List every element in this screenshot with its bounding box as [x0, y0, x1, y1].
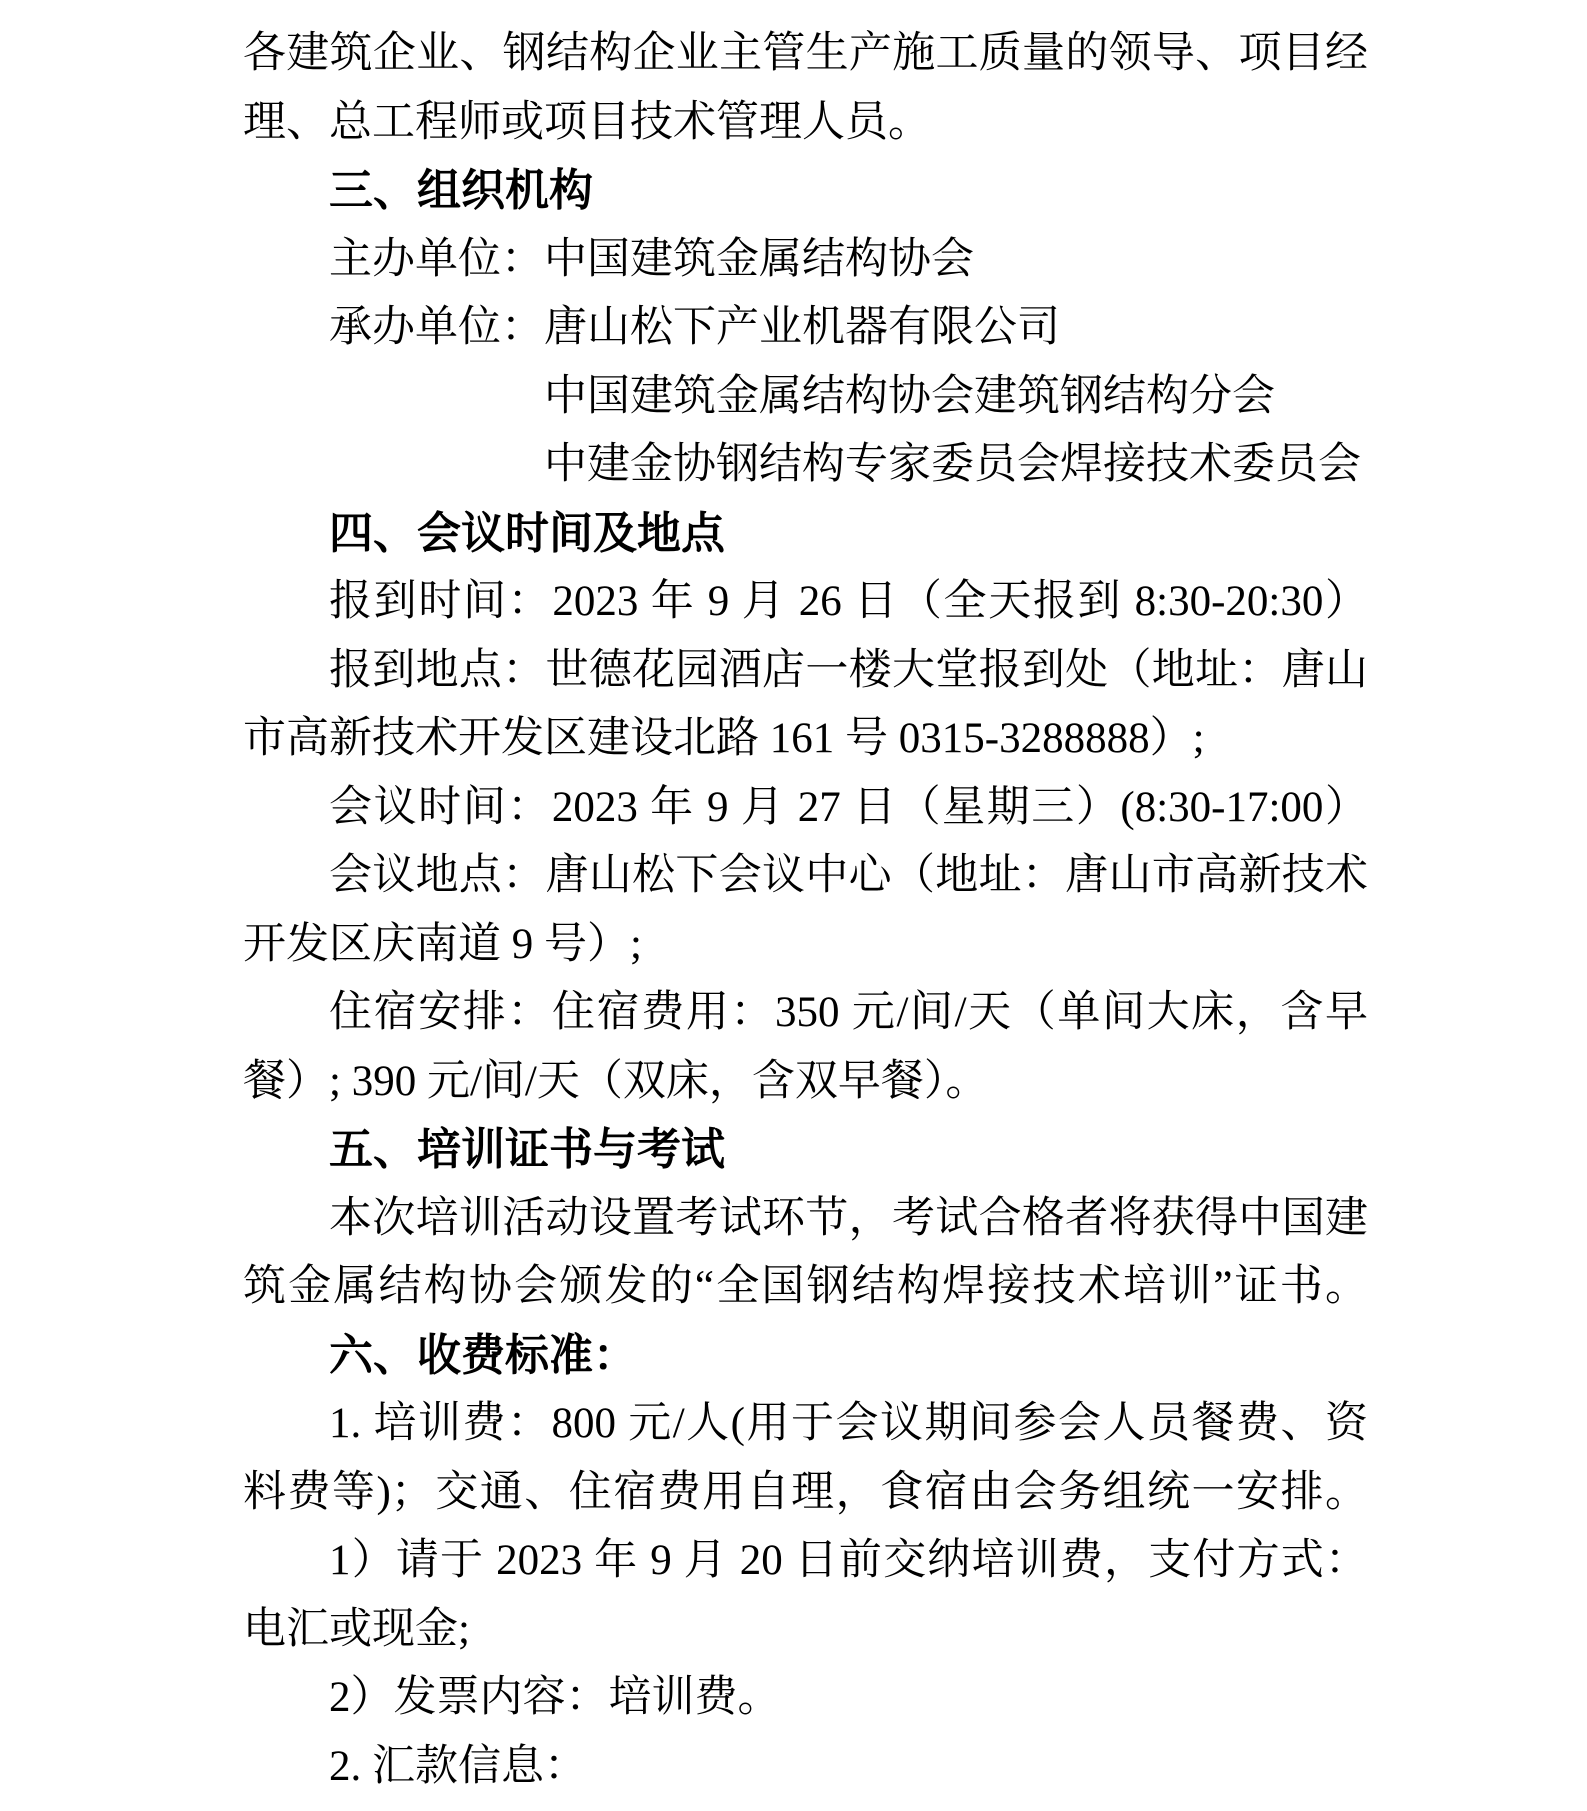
- text-line: 2）发票内容：培训费。: [243, 1664, 1368, 1733]
- section-heading: 四、会议时间及地点: [243, 500, 1368, 569]
- section-heading: 三、组织机构: [243, 157, 1368, 226]
- text-line: 主办单位：中国建筑金属结构协会: [243, 226, 1368, 295]
- text-line: 筑金属结构协会颁发的“全国钢结构焊接技术培训”证书。: [243, 1253, 1368, 1322]
- text-line: 中建金协钢结构专家委员会焊接技术委员会: [243, 431, 1368, 500]
- text-line: 1. 培训费：800 元/人(用于会议期间参会人员餐费、资: [243, 1390, 1368, 1459]
- section-heading: 五、培训证书与考试: [243, 1116, 1368, 1185]
- document-page: 各建筑企业、钢结构企业主管生产施工质量的领导、项目经理、总工程师或项目技术管理人…: [0, 0, 1587, 1811]
- text-line: 开发区庆南道 9 号）;: [243, 911, 1368, 980]
- text-line: 料费等)；交通、住宿费用自理，食宿由会务组统一安排。: [243, 1459, 1368, 1528]
- text-line: 市高新技术开发区建设北路 161 号 0315-3288888）;: [243, 705, 1368, 774]
- text-line: 理、总工程师或项目技术管理人员。: [243, 89, 1368, 158]
- text-line: 餐）; 390 元/间/天（双床，含双早餐）。: [243, 1048, 1368, 1117]
- text-line: 电汇或现金;: [243, 1596, 1368, 1665]
- text-line: 2. 汇款信息：: [243, 1733, 1368, 1802]
- text-line: 1）请于 2023 年 9 月 20 日前交纳培训费，支付方式：: [243, 1527, 1368, 1596]
- text-line: 承办单位：唐山松下产业机器有限公司: [243, 294, 1368, 363]
- text-line: 报到地点：世德花园酒店一楼大堂报到处（地址：唐山: [243, 637, 1368, 706]
- text-line: 住宿安排：住宿费用：350 元/间/天（单间大床，含早: [243, 979, 1368, 1048]
- section-heading: 六、收费标准：: [243, 1322, 1368, 1391]
- text-line: 会议地点：唐山松下会议中心（地址：唐山市高新技术: [243, 842, 1368, 911]
- text-line: 中国建筑金属结构协会建筑钢结构分会: [243, 363, 1368, 432]
- text-line: 会议时间：2023 年 9 月 27 日（星期三）(8:30-17:00）: [243, 774, 1368, 843]
- text-line: 各建筑企业、钢结构企业主管生产施工质量的领导、项目经: [243, 20, 1368, 89]
- text-line: 报到时间：2023 年 9 月 26 日（全天报到 8:30-20:30）: [243, 568, 1368, 637]
- document-body: 各建筑企业、钢结构企业主管生产施工质量的领导、项目经理、总工程师或项目技术管理人…: [243, 20, 1368, 1801]
- text-line: 本次培训活动设置考试环节，考试合格者将获得中国建: [243, 1185, 1368, 1254]
